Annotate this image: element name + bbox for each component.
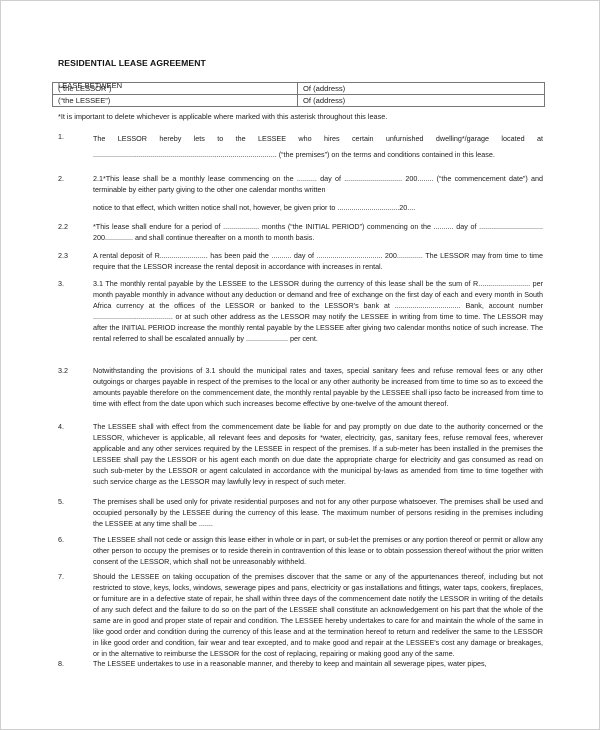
clause-number: 1. [58, 131, 64, 142]
party-address: Of (address) [298, 95, 544, 106]
clause-text: A rental deposit of R...................… [93, 250, 543, 272]
clause-text: The premises shall be used only for priv… [93, 496, 543, 529]
clause-4: 4.The LESSEE shall with effect from the … [58, 421, 543, 487]
clause-text: The LESSEE shall not cede or assign this… [93, 534, 543, 567]
clause-number: 4. [58, 421, 64, 432]
clause-text: *This lease shall endure for a period of… [93, 221, 543, 243]
clause-8: 8.The LESSEE undertakes to use in a reas… [58, 658, 543, 669]
clause-text: 3.1 The monthly rental payable by the LE… [93, 278, 543, 344]
party-row-lessor: (“the LESSOR”) Of (address) [53, 83, 544, 94]
clause-2-3: 2.3A rental deposit of R................… [58, 250, 543, 272]
clause-number: 8. [58, 658, 64, 669]
clause-7: 7.Should the LESSEE on taking occupation… [58, 571, 543, 659]
clause-number: 3. [58, 278, 64, 289]
asterisk-note: *It is important to delete whichever is … [58, 111, 387, 122]
clause-2-2: 2.2*This lease shall endure for a period… [58, 221, 543, 243]
clause-text: The LESSEE shall with effect from the co… [93, 421, 543, 487]
document-title: RESIDENTIAL LEASE AGREEMENT [58, 58, 206, 69]
parties-table: (“the LESSOR”) Of (address) (“the LESSEE… [52, 82, 545, 107]
party-name: (“the LESSOR”) [53, 83, 298, 94]
clause-number: 2. [58, 173, 64, 184]
clause-number: 2.3 [58, 250, 68, 261]
clause-1: 1.The LESSOR hereby lets to the LESSEE w… [58, 131, 543, 163]
clause-3-2: 3.2Notwithstanding the provisions of 3.1… [58, 365, 543, 409]
clause-5: 5.The premises shall be used only for pr… [58, 496, 543, 529]
clause-text: The LESSOR hereby lets to the LESSEE who… [93, 131, 543, 163]
clause-2: 2.2.1*This lease shall be a monthly leas… [58, 173, 543, 213]
clause-text: Notwithstanding the provisions of 3.1 sh… [93, 365, 543, 409]
clause-number: 5. [58, 496, 64, 507]
document-page: RESIDENTIAL LEASE AGREEMENT LEASE BETWEE… [0, 0, 600, 730]
party-row-lessee: (“the LESSEE”) Of (address) [53, 94, 544, 106]
clause-number: 7. [58, 571, 64, 582]
clause-number: 3.2 [58, 365, 68, 376]
clause-text: 2.1*This lease shall be a monthly lease … [93, 173, 543, 213]
party-name: (“the LESSEE”) [53, 95, 298, 106]
clause-3: 3.3.1 The monthly rental payable by the … [58, 278, 543, 344]
party-address: Of (address) [298, 83, 544, 94]
clause-text: The LESSEE undertakes to use in a reason… [93, 658, 543, 669]
clause-text: Should the LESSEE on taking occupation o… [93, 571, 543, 659]
clause-number: 2.2 [58, 221, 68, 232]
clause-number: 6. [58, 534, 64, 545]
clause-6: 6.The LESSEE shall not cede or assign th… [58, 534, 543, 567]
